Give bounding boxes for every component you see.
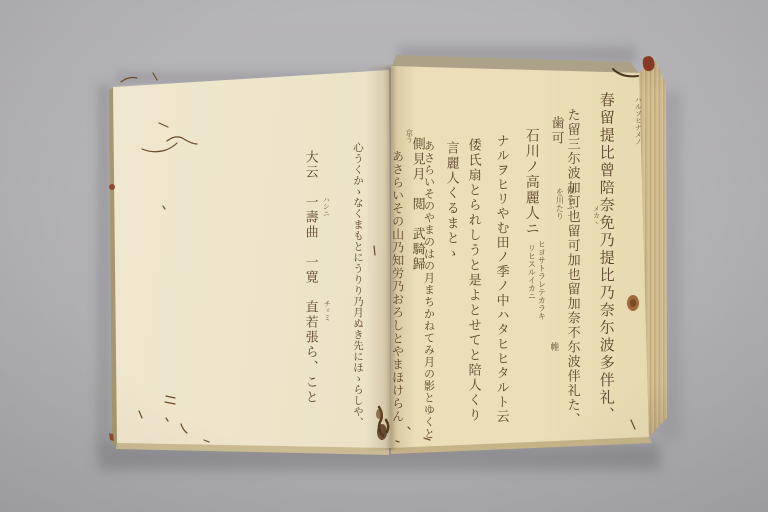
manuscript-column: 側見月 閲 武騎歸 xyxy=(410,137,424,272)
furigana-note: メカヽ xyxy=(592,205,599,226)
furigana-note: リヒスルイカニ xyxy=(527,244,535,300)
furigana-note: ハシニ xyxy=(322,196,329,217)
furigana-note: ハルソヒナメノ xyxy=(634,96,641,145)
furigana-note: 京う xyxy=(405,129,412,143)
manuscript-column: 石川ノ高麗人ニ xyxy=(524,128,539,237)
photo-of-open-manuscript-book: 春留提比曾陪奈免乃提比乃奈尓波多伴礼、 た留三尓波加可也留可加也留加奈不尓波伴礼… xyxy=(0,0,768,512)
ink-stains-overlay xyxy=(0,0,768,512)
manuscript-column: 春留提比曾陪奈免乃提比乃奈尓波多伴礼、 xyxy=(598,92,614,425)
manuscript-column: 言麗人くるまとゝ xyxy=(444,141,458,261)
manuscript-column: 心うくかゝなくまもとにうりり乃月ぬき先にほゝらしや、 xyxy=(352,142,363,428)
manuscript-column: あさらいその山乃知労乃おろしとやまほけらん xyxy=(391,150,404,423)
manuscript-column: 歯可 xyxy=(549,116,563,146)
furigana-note: を川たり xyxy=(555,188,563,220)
manuscript-column: 大云 一壽曲 一寛 直若張ら、こと xyxy=(303,150,317,405)
furigana-note: ヒヨサトラレテカラキ xyxy=(537,240,545,320)
manuscript-column: た留三尓波加可也留可加也留加奈不尓波伴礼た、 xyxy=(565,108,579,427)
furigana-note: チヾミ xyxy=(323,300,330,321)
manuscript-column: 倭氏扇とられしうと是よとせてと陪人くり xyxy=(466,138,480,423)
furigana-note: 帷 xyxy=(548,342,557,351)
manuscript-column: ナルヲヒリやむ田ノ季ノ中ハタヒヒタルト云 xyxy=(494,134,508,424)
furigana-note: 催るふ xyxy=(566,186,574,210)
